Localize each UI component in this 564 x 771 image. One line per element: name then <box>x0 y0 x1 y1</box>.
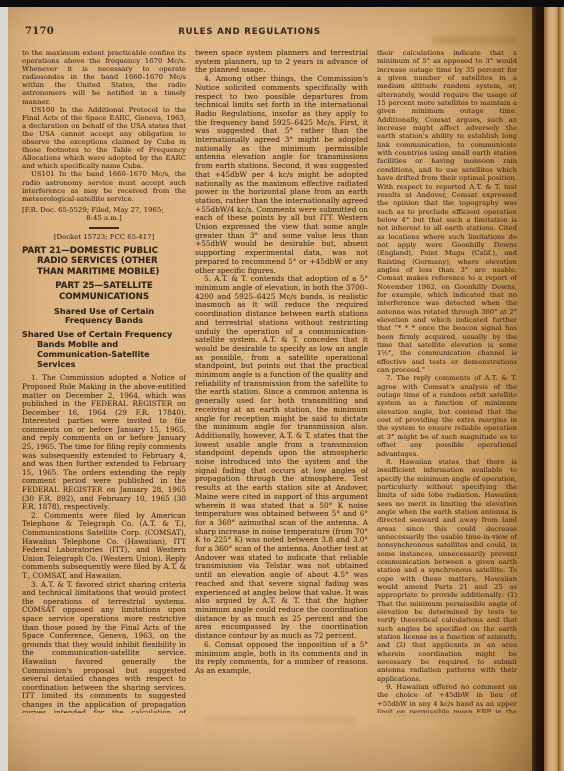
paragraph-8: 8. Hawaiian states that there is insuffi… <box>377 458 517 683</box>
paragraph-9: 9. Hawaiian offered no comment on the ch… <box>377 683 517 713</box>
part-25-heading: PART 25—SATELLITE COMMUNICATIONS <box>28 281 180 302</box>
column-2: tween space system planners and terrestr… <box>195 49 368 713</box>
footnote-continuation: to the maximum extent practicable confin… <box>22 49 186 106</box>
part-21-heading: PART 21—DOMESTIC PUBLIC RADIO SERVICES (… <box>22 246 186 278</box>
subheading-shared-use: Shared Use of Certain Frequency Bands <box>30 307 178 327</box>
book-binding-shadow <box>532 0 544 771</box>
paragraph-3-continuation: tween space system planners and terrestr… <box>195 49 368 75</box>
fr-doc-line-1: [F.R. Doc. 65-5529; Filed, May 27, 1965; <box>22 206 186 214</box>
scan-top-bar <box>0 0 564 7</box>
paragraph-5: 5. A.T. & T. contends that adoption of a… <box>195 275 368 641</box>
book-page-edge <box>544 0 558 771</box>
fr-doc-line-2: 8:45 a.m.] <box>22 214 186 222</box>
column-1: to the maximum extent practicable confin… <box>22 49 186 713</box>
paragraph-7: 7. The reply comments of A.T. & T. agree… <box>377 374 517 457</box>
subheading-shared-use-services: Shared Use of Certain Frequency Bands Mo… <box>22 330 186 369</box>
paragraph-1: 1. The Commission adopted a Notice of Pr… <box>22 374 186 512</box>
paragraph-6-continuation: their calculations indicate that a minim… <box>377 49 517 374</box>
fr-doc-citation: [F.R. Doc. 65-5529; Filed, May 27, 1965;… <box>22 206 186 222</box>
bleed-through-smudge <box>205 716 355 722</box>
bleed-through-smudge <box>432 36 516 44</box>
paragraph-4: 4. Among other things, the Commission's … <box>195 75 368 275</box>
column-3: their calculations indicate that a minim… <box>377 49 517 713</box>
book-page-edge <box>558 0 564 771</box>
paragraph-2: 2. Comments were filed by American Telep… <box>22 512 186 581</box>
docket-line: [Docket 15723; FCC 65-417] <box>22 233 186 241</box>
paragraph-6: 6. Comsat opposed the imposition of a 5°… <box>195 641 368 676</box>
section-divider <box>89 227 119 230</box>
scanned-page: 7170 RULES AND REGULATIONS to the maximu… <box>0 0 564 771</box>
paragraph-3: 3. A.T. & T. favored strict sharing crit… <box>22 581 186 713</box>
footnote-us100: US100 In the Additional Protocol to the … <box>22 106 186 171</box>
running-head: RULES AND REGULATIONS <box>22 27 477 37</box>
text-columns: to the maximum extent practicable confin… <box>22 49 517 713</box>
footnote-us101: US101 In the band 1660–1670 Mc/s, the ra… <box>22 170 186 202</box>
